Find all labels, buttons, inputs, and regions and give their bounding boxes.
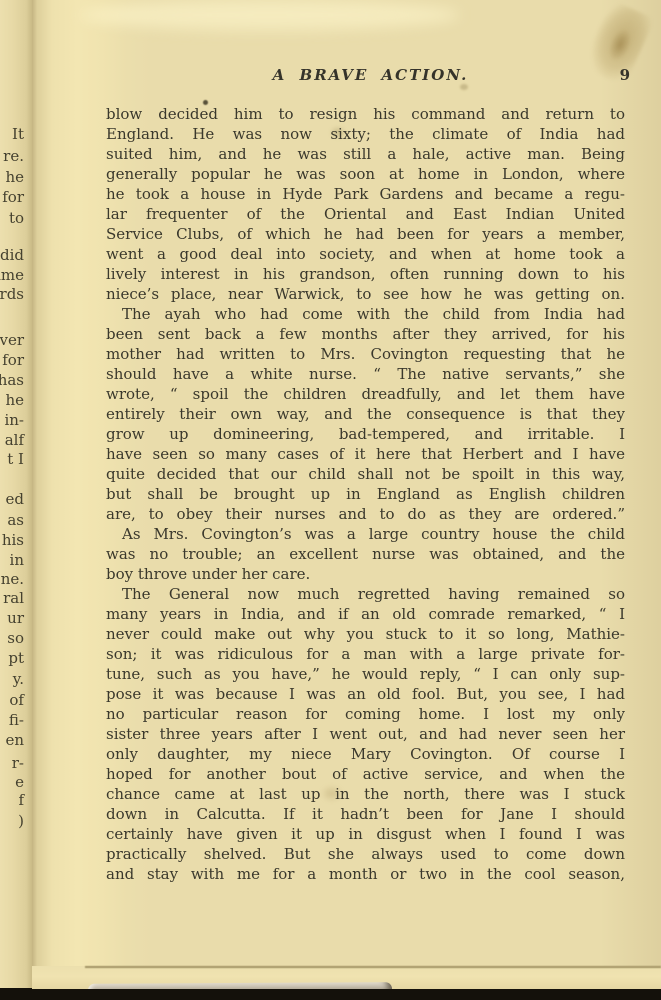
facing-page-text-fragment: ever	[0, 331, 24, 349]
text-line: Service Clubs, of which he had been for …	[106, 224, 625, 244]
facing-page-text-fragment: did	[0, 246, 24, 264]
text-line: The General now much regretted having re…	[106, 584, 625, 604]
text-line: son; it was ridiculous for a man with a …	[106, 644, 625, 664]
facing-page-text-fragment: ime	[0, 266, 24, 284]
facing-page-text-fragment: pt	[0, 649, 24, 667]
text-line: down in Calcutta. If it hadn’t been for …	[106, 804, 625, 824]
paragraph: blow decided him to resign his command a…	[106, 104, 625, 304]
text-line: practically shelved. But she always used…	[106, 844, 625, 864]
text-line: entirely their own way, and the conseque…	[106, 404, 625, 424]
book-scan-page: Itre.hefortodidimeardseverforhashein-alf…	[0, 0, 661, 1000]
facing-page-text-fragment: ne.	[0, 570, 24, 588]
text-line: many years in India, and if an old comra…	[106, 604, 625, 624]
text-line: no particular reason for coming home. I …	[106, 704, 625, 724]
text-line: The ayah who had come with the child fro…	[106, 304, 625, 324]
facing-page-text-fragment: he	[0, 168, 24, 186]
text-line: are, to obey their nurses and to do as t…	[106, 504, 625, 524]
facing-page-text-fragment: f	[0, 791, 24, 809]
facing-page-text-fragment: fi-	[0, 711, 24, 729]
facing-page-text-fragment: in-	[0, 411, 24, 429]
facing-page-text-fragment: ur	[0, 609, 24, 627]
text-line: chance came at last up in the north, the…	[106, 784, 625, 804]
text-line: but shall be brought up in England as En…	[106, 484, 625, 504]
facing-page-edge: Itre.hefortodidimeardseverforhashein-alf…	[0, 0, 32, 988]
text-line: lively interest in his grandson, often r…	[106, 264, 625, 284]
text-line: boy throve under her care.	[106, 564, 625, 584]
facing-page-text-fragment: he	[0, 391, 24, 409]
body-text: blow decided him to resign his command a…	[106, 104, 625, 884]
facing-page-text-fragment: t I	[0, 450, 24, 468]
facing-page-text-fragment: r-	[0, 754, 24, 772]
facing-page-text-fragment: his	[0, 531, 24, 549]
facing-page-text-fragment: )	[0, 812, 24, 830]
facing-page-text-fragment: ards	[0, 285, 24, 303]
text-line: went a good deal into society, and when …	[106, 244, 625, 264]
facing-page-text-fragment: for	[0, 188, 24, 206]
facing-page-text-fragment: e	[0, 773, 24, 791]
facing-page-text-fragment: ed	[0, 490, 24, 508]
text-line: lar frequenter of the Oriental and East …	[106, 204, 625, 224]
background-surface	[0, 989, 661, 1000]
scan-light-band	[80, 0, 460, 30]
text-line: have seen so many cases of it here that …	[106, 444, 625, 464]
facing-page-text-fragment: en	[0, 731, 24, 749]
text-line: quite decided that our child shall not b…	[106, 464, 625, 484]
text-line: tune, such as you have,” he would reply,…	[106, 664, 625, 684]
text-line: been sent back a few months after they a…	[106, 324, 625, 344]
text-line: was no trouble; an excellent nurse was o…	[106, 544, 625, 564]
text-line: only daughter, my niece Mary Covington. …	[106, 744, 625, 764]
text-line: never could make out why you stuck to it…	[106, 624, 625, 644]
facing-page-text-fragment: It	[0, 125, 24, 143]
text-line: England. He was now sixty; the climate o…	[106, 124, 625, 144]
facing-page-text-fragment: re.	[0, 147, 24, 165]
facing-page-text-fragment: so	[0, 629, 24, 647]
paragraph: The ayah who had come with the child fro…	[106, 304, 625, 524]
text-line: hoped for another bout of active service…	[106, 764, 625, 784]
text-line: mother had written to Mrs. Covington req…	[106, 344, 625, 364]
text-line: he took a house in Hyde Park Gardens and…	[106, 184, 625, 204]
facing-page-text-fragment: in	[0, 551, 24, 569]
text-line: grow up domineering, bad-tempered, and i…	[106, 424, 625, 444]
text-line: As Mrs. Covington’s was a large country …	[106, 524, 625, 544]
facing-page-text-fragment: ral	[0, 589, 24, 607]
text-line: sister three years after I went out, and…	[106, 724, 625, 744]
text-line: blow decided him to resign his command a…	[106, 104, 625, 124]
facing-page-text-fragment: to	[0, 209, 24, 227]
text-line: pose it was because I was an old fool. B…	[106, 684, 625, 704]
text-line: and stay with me for a month or two in t…	[106, 864, 625, 884]
text-line: niece’s place, near Warwick, to see how …	[106, 284, 625, 304]
facing-page-text-fragment: alf	[0, 431, 24, 449]
running-title: A BRAVE ACTION.	[111, 66, 630, 88]
paragraph: As Mrs. Covington’s was a large country …	[106, 524, 625, 584]
text-line: should have a white nurse. “ The native …	[106, 364, 625, 384]
text-line: suited him, and he was still a hale, act…	[106, 144, 625, 164]
facing-page-text-fragment: as	[0, 511, 24, 529]
text-line: generally popular he was soon at home in…	[106, 164, 625, 184]
page-number: 9	[598, 66, 630, 88]
facing-page-text-fragment: y.	[0, 670, 24, 688]
text-line: certainly have given it up in disgust wh…	[106, 824, 625, 844]
text-line: wrote, “ spoil the children dreadfully, …	[106, 384, 625, 404]
facing-page-text-fragment: of	[0, 691, 24, 709]
page-bottom-edge-line	[85, 966, 661, 968]
facing-page-text-fragment: for	[0, 351, 24, 369]
facing-page-text-fragment: has	[0, 371, 24, 389]
paragraph: The General now much regretted having re…	[106, 584, 625, 884]
